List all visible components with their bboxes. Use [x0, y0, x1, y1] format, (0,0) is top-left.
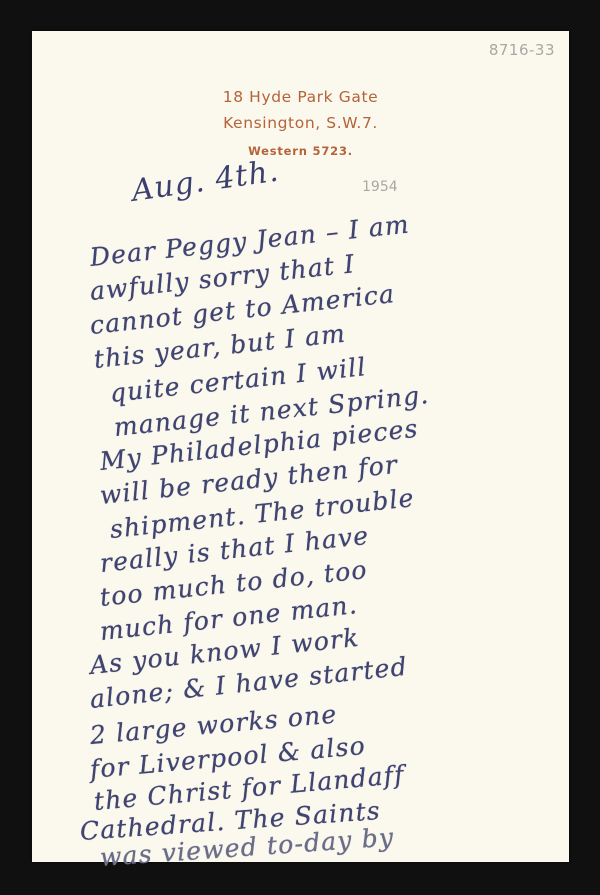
letter-page: 8716-33 18 Hyde Park Gate Kensington, S.… — [32, 31, 569, 862]
year-annotation: 1954 — [362, 179, 398, 195]
letter-date: Aug. 4th. — [130, 154, 282, 209]
letterhead-address-line1: 18 Hyde Park Gate — [32, 88, 569, 106]
catalog-number: 8716-33 — [489, 41, 555, 59]
letterhead-address-line2: Kensington, S.W.7. — [32, 114, 569, 132]
letterhead-telephone: Western 5723. — [32, 144, 569, 158]
